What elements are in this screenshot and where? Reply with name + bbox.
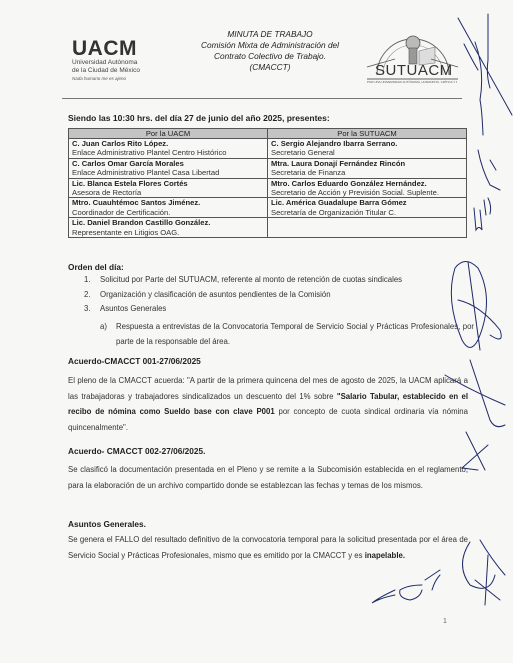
uacm-logo-wordmark: UACM [72,38,167,59]
table-row: Lic. Blanca Estela Flores Cortés Asesora… [69,178,467,198]
uacm-logo: UACM Universidad Autónoma de la Ciudad d… [72,38,167,81]
agreement-1-text: El pleno de la CMACCT acuerda: "A partir… [68,373,468,435]
sutuacm-emblem-icon [365,17,460,97]
agenda-item-text: Solicitud por Parte del SUTUACM, referen… [100,275,402,290]
attendee-name: C. Carlos Omar García Morales [72,159,264,168]
general-matters-text-start: Se genera el FALLO del resultado definit… [68,535,468,560]
general-matters-text: Se genera el FALLO del resultado definit… [68,532,468,563]
agenda-item: 3. Asuntos Generales [84,304,474,319]
attendee-name: Lic. Blanca Estela Flores Cortés [72,179,264,188]
attendee-name: Mtro. Carlos Eduardo González Hernández. [271,179,463,188]
table-row: Mtro. Cuauhtémoc Santos Jiménez. Coordin… [69,198,467,218]
attendance-table: Por la UACM Por la SUTUACM C. Juan Carlo… [68,128,467,238]
attendee-role: Secretaría de Organización Titular C. [271,208,463,217]
general-matters-text-bold: inapelable. [365,551,405,560]
attendee-role: Representante en Litigios OAG. [72,228,264,237]
attendee-cell: Mtro. Carlos Eduardo González Hernández.… [268,178,467,198]
agreement-2-heading: Acuerdo- CMACCT 002-27/06/2025. [68,446,205,456]
table-row: Lic. Daniel Brandon Castillo González. R… [69,218,467,238]
header-divider [62,98,462,99]
attendee-cell: Mtra. Laura Donají Fernández Rincón Secr… [268,158,467,178]
agenda-subitem-text: Respuesta a entrevistas de la Convocator… [116,319,474,350]
agenda-item-text: Asuntos Generales [100,304,166,319]
sutuacm-logo-tagline: POR UNA UNIVERSIDAD AUTÓNOMA, HUMANISTA,… [367,80,457,84]
document-title: MINUTA DE TRABAJO Comisión Mixta de Admi… [170,29,370,73]
attendee-name: Lic. América Guadalupe Barra Gómez [271,198,463,207]
signature-2-icon [478,150,500,190]
sutuacm-logo: SUTUACM POR UNA UNIVERSIDAD AUTÓNOMA, HU… [365,17,460,97]
agenda-heading: Orden del día: [68,262,124,272]
uacm-logo-line2: de la Ciudad de México [72,67,167,75]
attendee-role: Secretario General [271,148,463,157]
agenda-item: 1. Solicitud por Parte del SUTUACM, refe… [84,275,474,290]
general-matters-heading: Asuntos Generales. [68,519,146,529]
page-number: 1 [443,618,447,625]
attendee-cell-empty [268,218,467,238]
signature-8-icon [372,570,440,603]
agenda-item-number: 2. [84,290,100,305]
signature-1-icon [458,14,512,135]
attendee-cell: Lic. Blanca Estela Flores Cortés Asesora… [69,178,268,198]
attendee-role: Enlace Administrativo Plantel Casa Liber… [72,168,264,177]
attendee-role: Secretario de Acción y Previsión Social.… [271,188,463,197]
attendee-name: C. Juan Carlos Rito López. [72,139,264,148]
attendee-cell: Lic. Daniel Brandon Castillo González. R… [69,218,268,238]
attendee-name: C. Sergio Alejandro Ibarra Serrano. [271,139,463,148]
agenda-item-number: 3. [84,304,100,319]
title-line: MINUTA DE TRABAJO [170,29,370,40]
intro-statement: Siendo las 10:30 hrs. del día 27 de juni… [68,113,330,123]
title-line: Comisión Mixta de Administración del [170,40,370,51]
attendee-name: Mtro. Cuauhtémoc Santos Jiménez. [72,198,264,207]
title-line: (CMACCT) [170,62,370,73]
agenda-item-number: 1. [84,275,100,290]
attendee-cell: Lic. América Guadalupe Barra Gómez Secre… [268,198,467,218]
attendee-cell: C. Juan Carlos Rito López. Enlace Admini… [69,139,268,159]
document-page: UACM Universidad Autónoma de la Ciudad d… [0,0,513,663]
attendee-role: Coordinador de Certificación. [72,208,264,217]
attendee-name: Mtra. Laura Donají Fernández Rincón [271,159,463,168]
column-header-uacm: Por la UACM [69,129,268,139]
agenda-item-text: Organización y clasificación de asuntos … [100,290,331,305]
attendee-role: Asesora de Rectoría [72,188,264,197]
agreement-1-heading: Acuerdo-CMACCT 001-27/06/2025 [68,356,201,366]
agreement-2-text: Se clasificó la documentación presentada… [68,462,468,493]
table-row: C. Carlos Omar García Morales Enlace Adm… [69,158,467,178]
attendee-role: Enlace Administrativo Plantel Centro His… [72,148,264,157]
attendee-name: Lic. Daniel Brandon Castillo González. [72,218,264,227]
uacm-logo-motto: Nada humano me es ajeno [72,76,167,81]
attendee-cell: C. Carlos Omar García Morales Enlace Adm… [69,158,268,178]
attendee-role: Secretaria de Finanza [271,168,463,177]
sutuacm-logo-wordmark: SUTUACM [375,62,453,79]
agenda-subitem: a) Respuesta a entrevistas de la Convoca… [84,319,474,350]
attendee-cell: C. Sergio Alejandro Ibarra Serrano. Secr… [268,139,467,159]
signature-7-icon [463,540,506,605]
table-row: C. Juan Carlos Rito López. Enlace Admini… [69,139,467,159]
title-line: Contrato Colectivo de Trabajo. [170,51,370,62]
agenda-item: 2. Organización y clasificación de asunt… [84,290,474,305]
uacm-logo-line1: Universidad Autónoma [72,59,167,67]
agenda-subitem-letter: a) [100,319,116,350]
column-header-sutuacm: Por la SUTUACM [268,129,467,139]
signature-3-icon [474,198,491,230]
attendee-cell: Mtro. Cuauhtémoc Santos Jiménez. Coordin… [69,198,268,218]
agenda-list: 1. Solicitud por Parte del SUTUACM, refe… [84,275,474,350]
